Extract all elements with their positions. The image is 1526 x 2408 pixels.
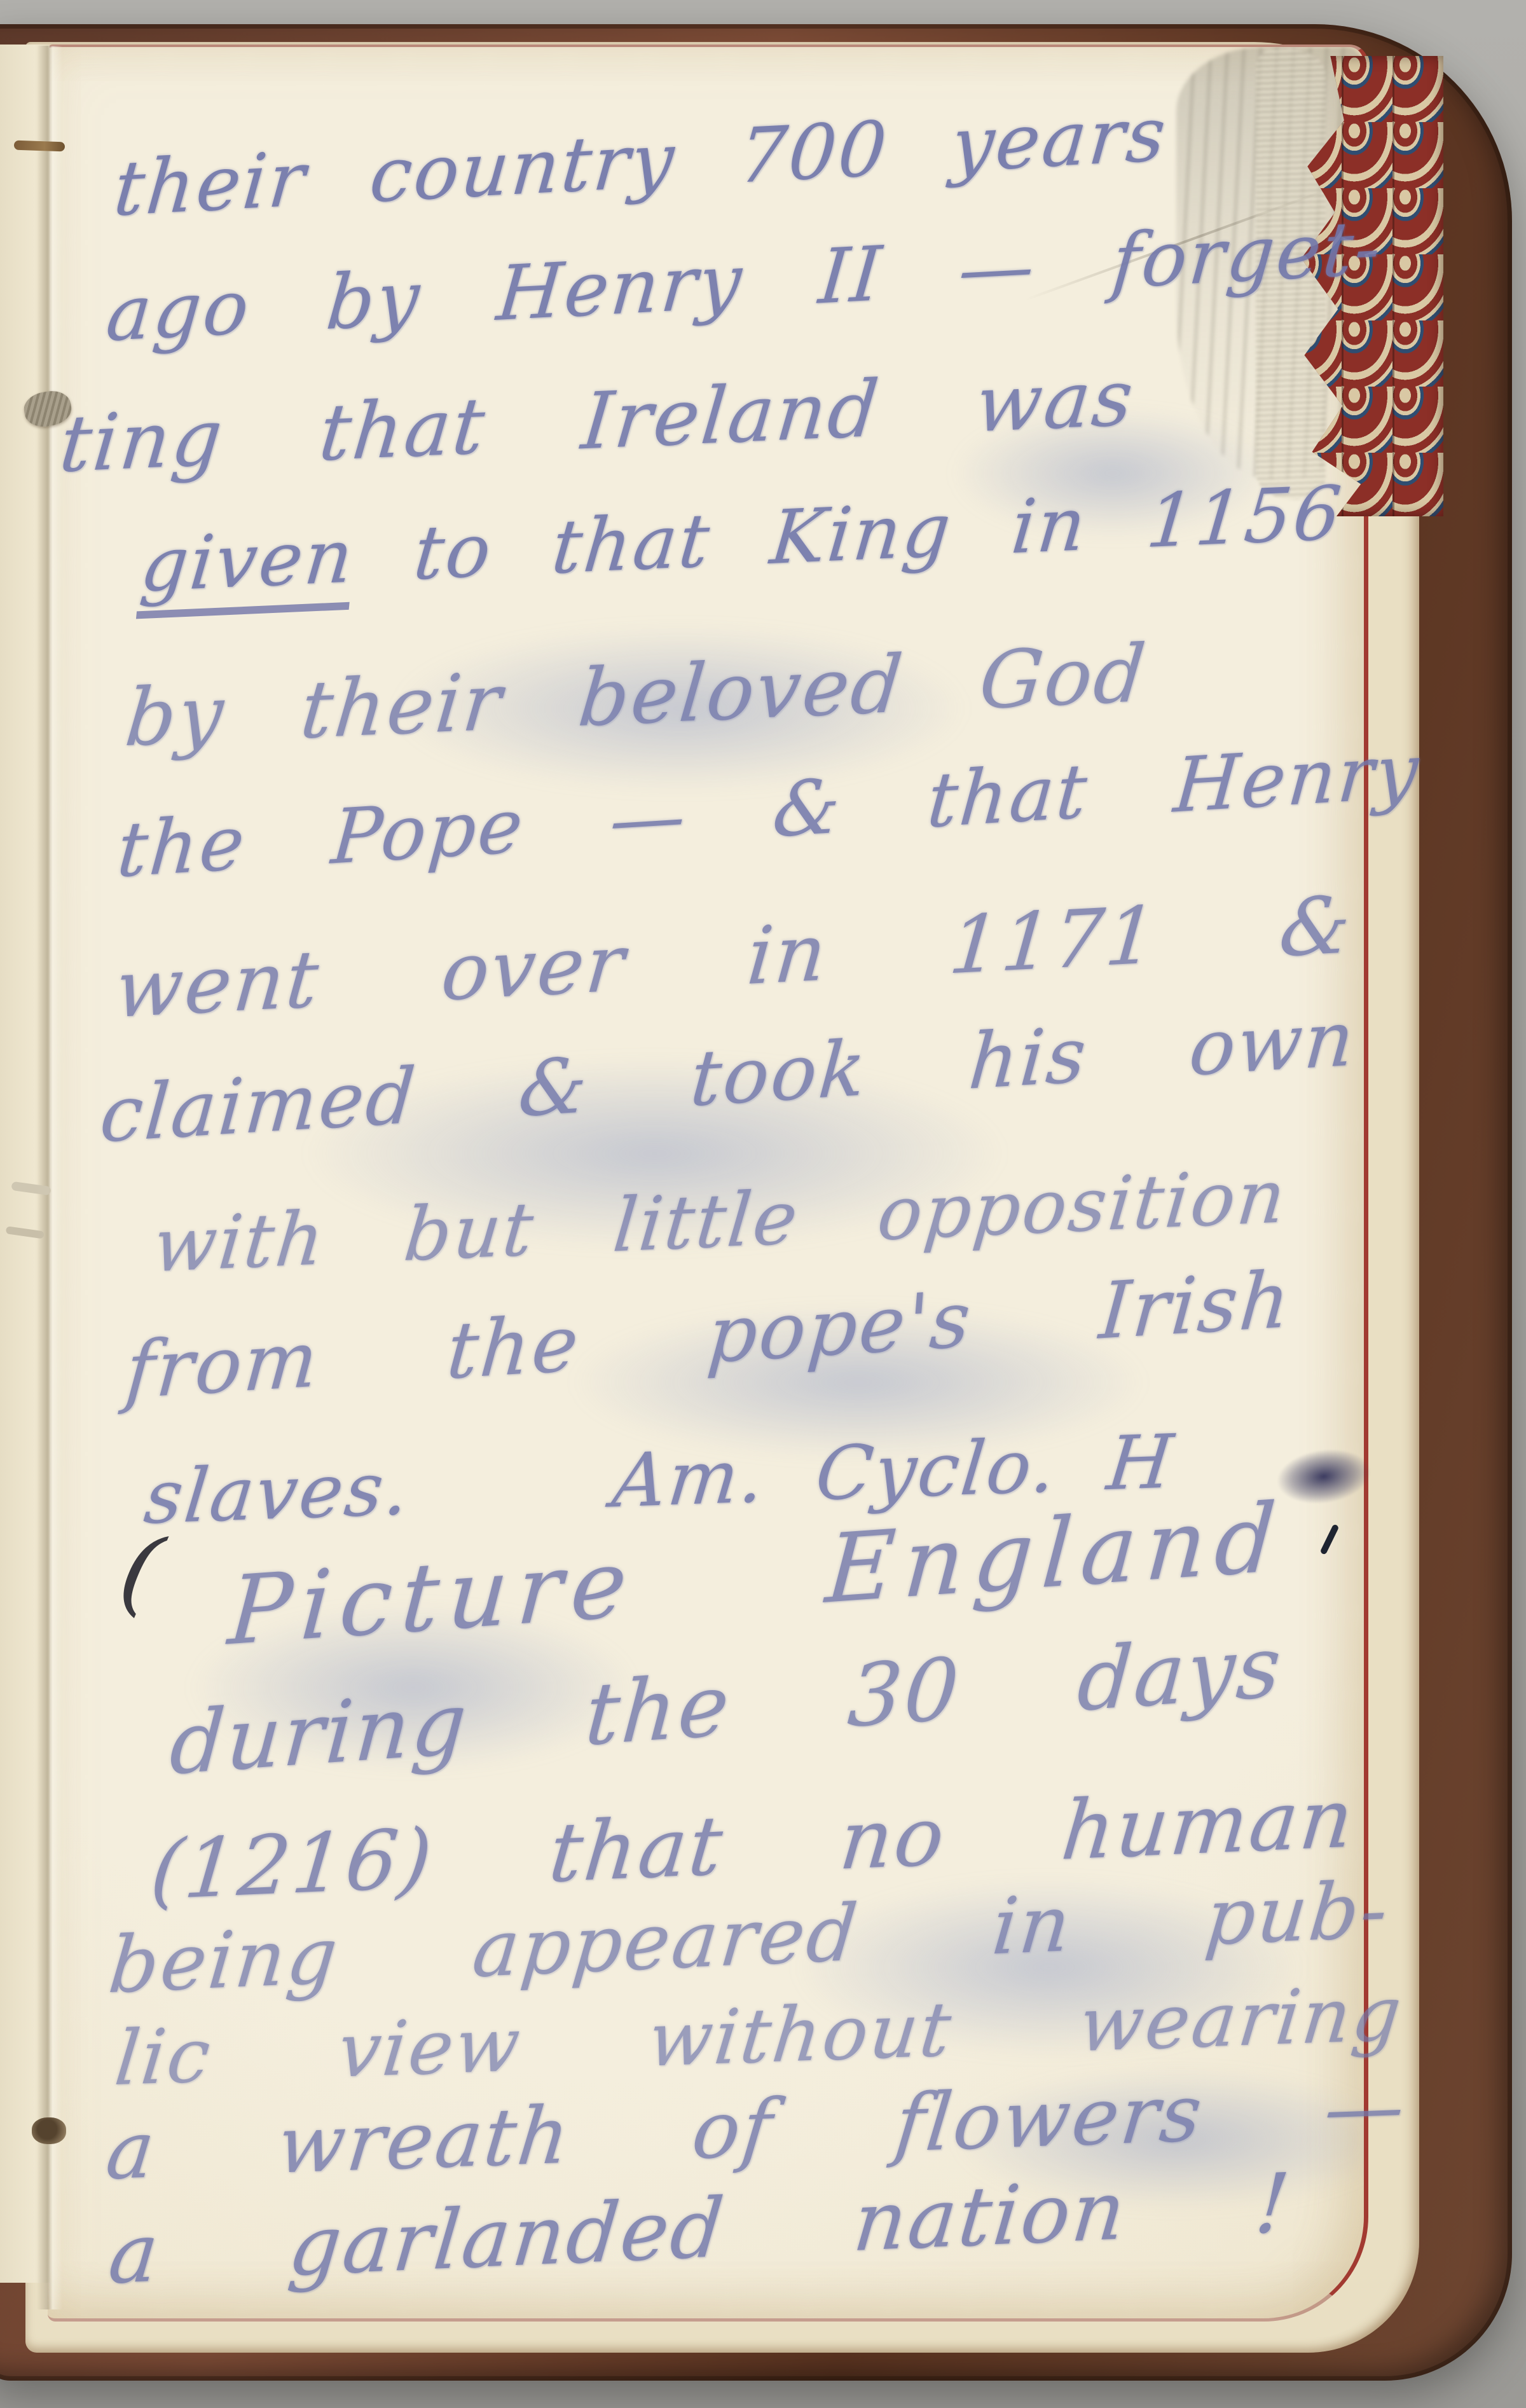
show-through-smear (795, 1878, 1303, 2056)
photograph-of-notebook-page: ( their country 700 yearsago by Henry II… (0, 0, 1526, 2408)
show-through-smear (572, 1306, 1144, 1459)
show-through-smear (191, 1605, 636, 1770)
notebook-page (48, 45, 1368, 2322)
show-through-smear (954, 2069, 1368, 2209)
show-through-smear (394, 626, 966, 791)
stitch-thread (14, 141, 65, 152)
show-through-smear (954, 409, 1272, 537)
gutter-crease (37, 46, 62, 2309)
binding-hole (32, 2117, 66, 2144)
show-through-smear (305, 1058, 1005, 1249)
